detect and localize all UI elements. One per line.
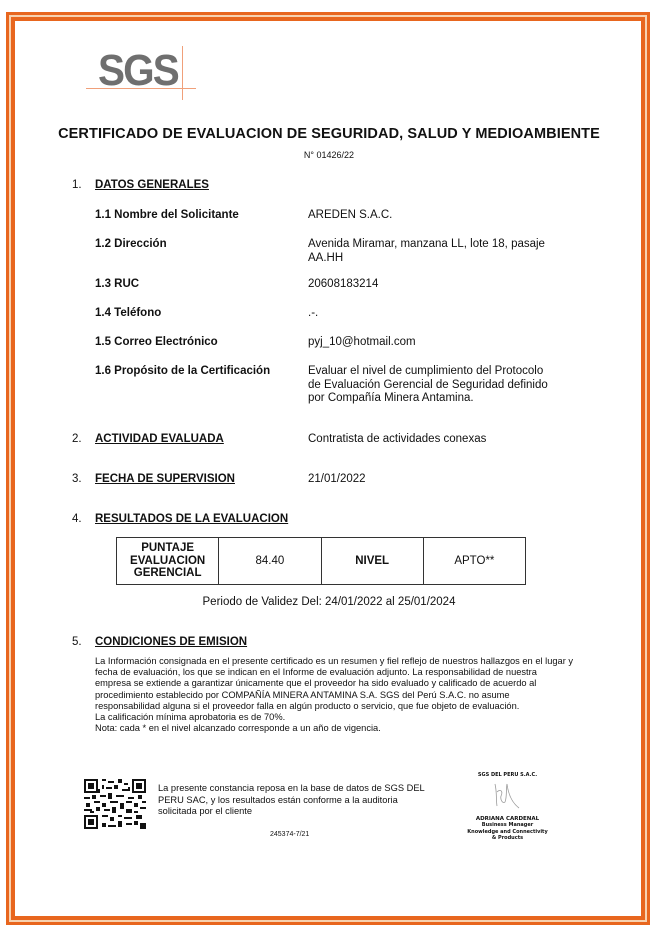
field-value-address: Avenida Miramar, manzana LL, lote 18, pa… [308, 238, 553, 265]
level-value-cell: APTO** [423, 538, 525, 585]
logo-horizontal-line [86, 88, 196, 89]
section-2-number: 2. [72, 433, 82, 445]
field-value-purpose: Evaluar el nivel de cumplimiento del Pro… [308, 365, 558, 406]
score-label-line: EVALUACION [117, 555, 218, 568]
field-label-ruc: 1.3 RUC [95, 278, 139, 290]
field-value-email: pyj_10@hotmail.com [308, 336, 568, 350]
field-value-ruc: 20608183214 [308, 278, 568, 292]
supervision-date-value: 21/01/2022 [308, 473, 568, 487]
score-label-line: PUNTAJE [117, 542, 218, 555]
validity-period: Periodo de Validez Del: 24/01/2022 al 25… [0, 596, 658, 608]
footer-document-code: 245374-7/21 [270, 831, 309, 838]
signature-block: SGS DEL PERU S.A.C. ADRIANA CARDENAL Bus… [455, 772, 560, 842]
field-value-applicant: AREDEN S.A.C. [308, 209, 568, 223]
section-1-number: 1. [72, 179, 82, 191]
section-4-number: 4. [72, 513, 82, 525]
sgs-logo: SGS [86, 44, 196, 100]
document-title: CERTIFICADO DE EVALUACION DE SEGURIDAD, … [0, 126, 658, 142]
signatory-role-line: & Products [455, 835, 560, 842]
certificate-number: N° 01426/22 [0, 150, 658, 160]
section-2-title: ACTIVIDAD EVALUADA [95, 433, 224, 445]
score-value-cell: 84.40 [219, 538, 321, 585]
field-label-purpose: 1.6 Propósito de la Certificación [95, 365, 270, 377]
section-1-title: DATOS GENERALES [95, 179, 209, 191]
handwritten-signature-icon [455, 778, 560, 816]
field-label-address: 1.2 Dirección [95, 238, 167, 250]
field-label-email: 1.5 Correo Electrónico [95, 336, 218, 348]
section-5-title: CONDICIONES DE EMISION [95, 636, 247, 648]
section-4-title: RESULTADOS DE LA EVALUACION [95, 513, 288, 525]
score-label-cell: PUNTAJE EVALUACION GERENCIAL [117, 538, 219, 585]
field-value-phone: .-. [308, 307, 568, 321]
validity-note: Nota: cada * en el nivel alcanzado corre… [95, 723, 575, 734]
results-table: PUNTAJE EVALUACION GERENCIAL 84.40 NIVEL… [116, 537, 526, 585]
section-3-title: FECHA DE SUPERVISION [95, 473, 235, 485]
conditions-text: La Información consignada en el presente… [95, 656, 575, 734]
results-row: PUNTAJE EVALUACION GERENCIAL 84.40 NIVEL… [117, 538, 526, 585]
qr-code-icon [84, 779, 146, 829]
field-label-applicant: 1.1 Nombre del Solicitante [95, 209, 239, 221]
conditions-paragraph: La Información consignada en el presente… [95, 656, 575, 712]
section-5-number: 5. [72, 636, 82, 648]
footer-database-note: La presente constancia reposa en la base… [158, 783, 428, 818]
level-label-cell: NIVEL [321, 538, 423, 585]
score-label-line: GERENCIAL [117, 567, 218, 580]
minimum-score-text: La calificación mínima aprobatoria es de… [95, 712, 575, 723]
activity-value: Contratista de actividades conexas [308, 433, 568, 447]
field-label-phone: 1.4 Teléfono [95, 307, 161, 319]
section-3-number: 3. [72, 473, 82, 485]
logo-vertical-line [182, 46, 183, 100]
